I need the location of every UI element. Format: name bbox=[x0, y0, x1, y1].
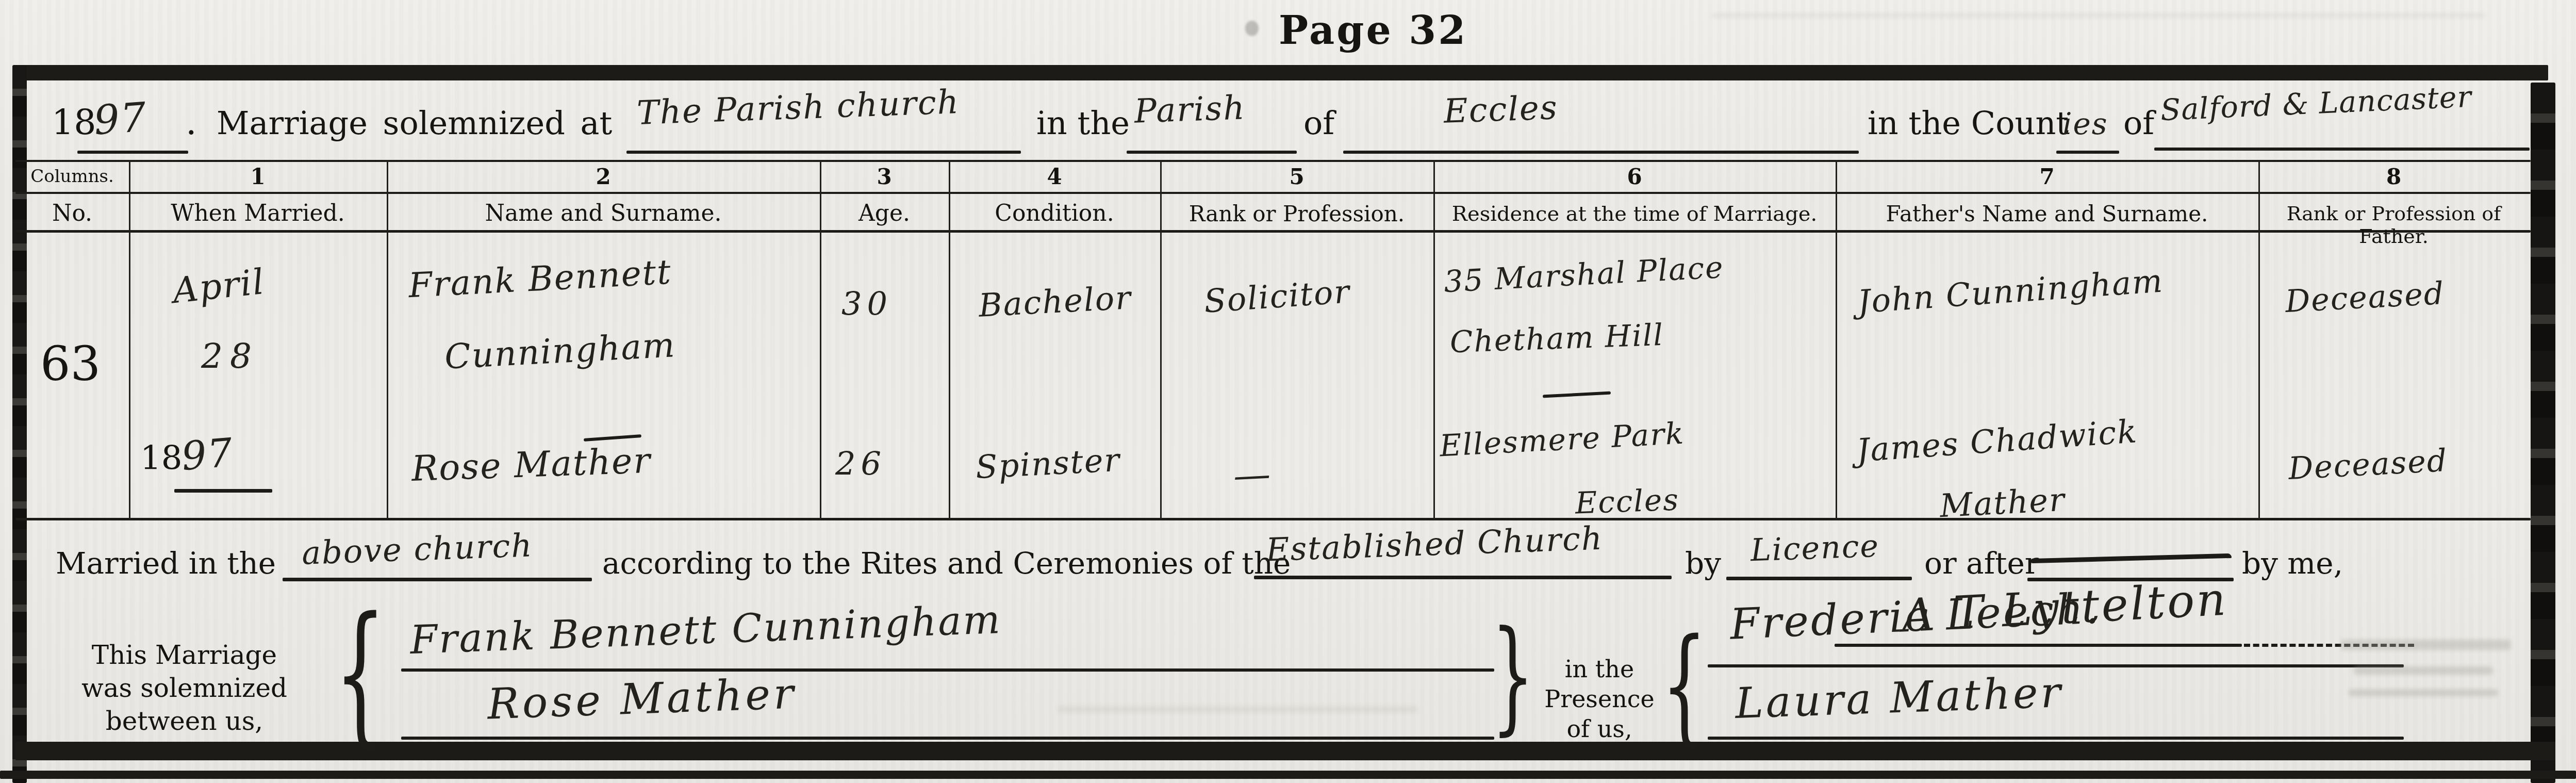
title-count-suffix-written: ies bbox=[2062, 106, 2108, 141]
groom-name-line2: Cunningham bbox=[443, 325, 676, 377]
bride-name: Rose Mather bbox=[411, 441, 652, 490]
bride-condition: Spinster bbox=[975, 441, 1121, 486]
title-county-written: Salford & Lancaster bbox=[2160, 80, 2472, 127]
groom-father-profession: Deceased bbox=[2284, 275, 2445, 320]
title-marriage-solemnized: Marriage solemnized at bbox=[217, 104, 612, 142]
table-bottom-rule bbox=[15, 518, 2531, 520]
groom-age: 30 bbox=[841, 285, 893, 322]
record-year-written: 97 bbox=[179, 429, 235, 479]
frame-bottom-border bbox=[15, 742, 2555, 760]
header-col-num-3: 3 bbox=[820, 164, 949, 189]
title-of1: of bbox=[1303, 104, 1334, 142]
groom-signature-line bbox=[401, 668, 1494, 672]
bride-residence-line1: Ellesmere Park bbox=[1439, 416, 1686, 464]
groom-condition: Bachelor bbox=[978, 279, 1132, 324]
bleed-through-marks bbox=[2341, 640, 2511, 650]
scan-speck bbox=[1245, 21, 1259, 36]
header-age: Age. bbox=[820, 200, 949, 226]
groom-signature: Frank Bennett Cunningham bbox=[409, 596, 1002, 663]
title-count-suffix-underline bbox=[2056, 151, 2119, 154]
page-number-label: Page 32 bbox=[1279, 7, 1467, 53]
table-header-bottom-rule bbox=[15, 230, 2531, 233]
attestation-open-brace: { bbox=[334, 597, 387, 750]
declaration-method-underline bbox=[1726, 577, 1912, 580]
header-rank-of-father: Rank or Profession of Father. bbox=[2258, 202, 2529, 248]
header-condition: Condition. bbox=[949, 200, 1160, 226]
groom-father-name: John Cunningham bbox=[1856, 262, 2165, 320]
header-fathers-name: Father's Name and Surname. bbox=[1836, 201, 2258, 226]
frame-top-border bbox=[15, 65, 2548, 80]
header-name-surname: Name and Surname. bbox=[387, 200, 820, 226]
declaration-or-after: or after bbox=[1924, 546, 2039, 581]
bride-profession-dash: — bbox=[1232, 452, 1273, 497]
header-columns-label: Columns. bbox=[15, 166, 129, 187]
record-month: April bbox=[171, 262, 267, 312]
declaration-method-written: Licence bbox=[1750, 528, 1880, 569]
bride-age: 26 bbox=[835, 445, 886, 482]
title-period: . bbox=[186, 102, 197, 143]
title-parish-written: Eccles bbox=[1443, 89, 1559, 131]
witness2-signature: Laura Mather bbox=[1735, 668, 2065, 728]
title-place-written: The Parish church bbox=[636, 83, 960, 133]
header-rank-profession: Rank or Profession. bbox=[1160, 201, 1433, 226]
name-separator-squiggle bbox=[584, 434, 641, 442]
header-col-num-5: 5 bbox=[1160, 164, 1433, 189]
declaration-rites-underline bbox=[1254, 576, 1672, 579]
solemnized-label-line3: between us, bbox=[39, 705, 330, 738]
declaration-blank-stroke bbox=[2030, 553, 2232, 563]
witness1-signature-line bbox=[1708, 664, 2404, 667]
bleed-through-marks bbox=[1712, 13, 2485, 18]
declaration-church-written: above church bbox=[301, 526, 534, 572]
groom-residence-line1: 35 Marshal Place bbox=[1443, 250, 1725, 299]
frame-right-border bbox=[2531, 83, 2555, 783]
groom-name-line1: Frank Bennett bbox=[407, 252, 672, 306]
solemnized-label-line2: was solemnized bbox=[39, 672, 330, 705]
presence-label-line2: Presence bbox=[1522, 684, 1677, 714]
witness1-signature: Frederic Leech. bbox=[1729, 584, 2102, 649]
title-parish-underline bbox=[1343, 151, 1859, 154]
record-year-underline bbox=[174, 489, 272, 493]
record-year-printed: 18 bbox=[140, 439, 182, 478]
witness2-signature-line bbox=[1708, 737, 2404, 740]
declaration-married-in-the: Married in the bbox=[56, 546, 276, 581]
title-place-underline bbox=[626, 151, 1021, 154]
presence-label-line3: of us, bbox=[1522, 714, 1677, 744]
record-day: 28 bbox=[201, 336, 259, 376]
bride-father-name-line2: Mather bbox=[1939, 481, 2066, 525]
declaration-rites-written: Established Church bbox=[1265, 519, 1604, 569]
declaration-by-me: by me, bbox=[2242, 546, 2343, 581]
bride-residence-line2: Eccles bbox=[1575, 482, 1680, 520]
title-district-underline bbox=[1127, 151, 1297, 154]
marriage-register-page: Page 32 18 97 . Marriage solemnized at T… bbox=[0, 0, 2576, 783]
groom-residence-line2: Chetham Hill bbox=[1449, 317, 1664, 360]
solemnized-label-line1: This Marriage bbox=[39, 639, 330, 672]
header-col-num-2: 2 bbox=[387, 164, 820, 189]
bleed-through-marks bbox=[1057, 706, 1418, 713]
frame-bottom-border-outer bbox=[0, 771, 2576, 779]
title-year-underline bbox=[77, 151, 188, 154]
title-in-the-count: in the Count bbox=[1868, 104, 2069, 142]
bride-father-name-line1: James Chadwick bbox=[1855, 412, 2139, 469]
record-number: 63 bbox=[40, 336, 101, 391]
officiant-signature-line bbox=[1835, 644, 2242, 647]
header-residence: Residence at the time of Marriage. bbox=[1433, 202, 1836, 226]
header-no-label: No. bbox=[15, 200, 129, 226]
title-year-written: 97 bbox=[92, 94, 148, 144]
title-in-the: in the bbox=[1036, 104, 1130, 142]
title-of2: of bbox=[2123, 104, 2154, 142]
header-col-num-4: 4 bbox=[949, 164, 1160, 189]
declaration-by: by bbox=[1685, 546, 1721, 581]
presence-open-brace: { bbox=[1661, 623, 1707, 749]
header-col-num-1: 1 bbox=[129, 164, 387, 189]
header-col-num-7: 7 bbox=[1836, 164, 2258, 189]
declaration-church-underline bbox=[283, 578, 592, 581]
title-county-underline bbox=[2154, 148, 2530, 151]
presence-label: in the Presence of us, bbox=[1522, 654, 1677, 744]
title-district-written: Parish bbox=[1134, 89, 1246, 130]
bleed-through-marks bbox=[2349, 689, 2498, 696]
bleed-through-marks bbox=[2354, 666, 2493, 675]
header-col-num-8: 8 bbox=[2258, 164, 2529, 189]
header-col-num-6: 6 bbox=[1433, 164, 1836, 189]
declaration-according-to: according to the Rites and Ceremonies of… bbox=[602, 546, 1291, 581]
presence-label-line1: in the bbox=[1522, 654, 1677, 684]
table-top-rule bbox=[15, 160, 2531, 162]
solemnized-label: This Marriage was solemnized between us, bbox=[39, 639, 330, 738]
bride-signature-line bbox=[401, 737, 1494, 740]
bride-father-profession: Deceased bbox=[2287, 443, 2448, 487]
title-year-printed: 18 bbox=[52, 102, 96, 143]
residence-squiggle bbox=[1543, 391, 1611, 398]
groom-profession: Solicitor bbox=[1203, 272, 1351, 320]
header-when-married: When Married. bbox=[129, 200, 387, 226]
bride-signature: Rose Mather bbox=[487, 670, 798, 729]
table-header-mid-rule bbox=[15, 192, 2531, 194]
